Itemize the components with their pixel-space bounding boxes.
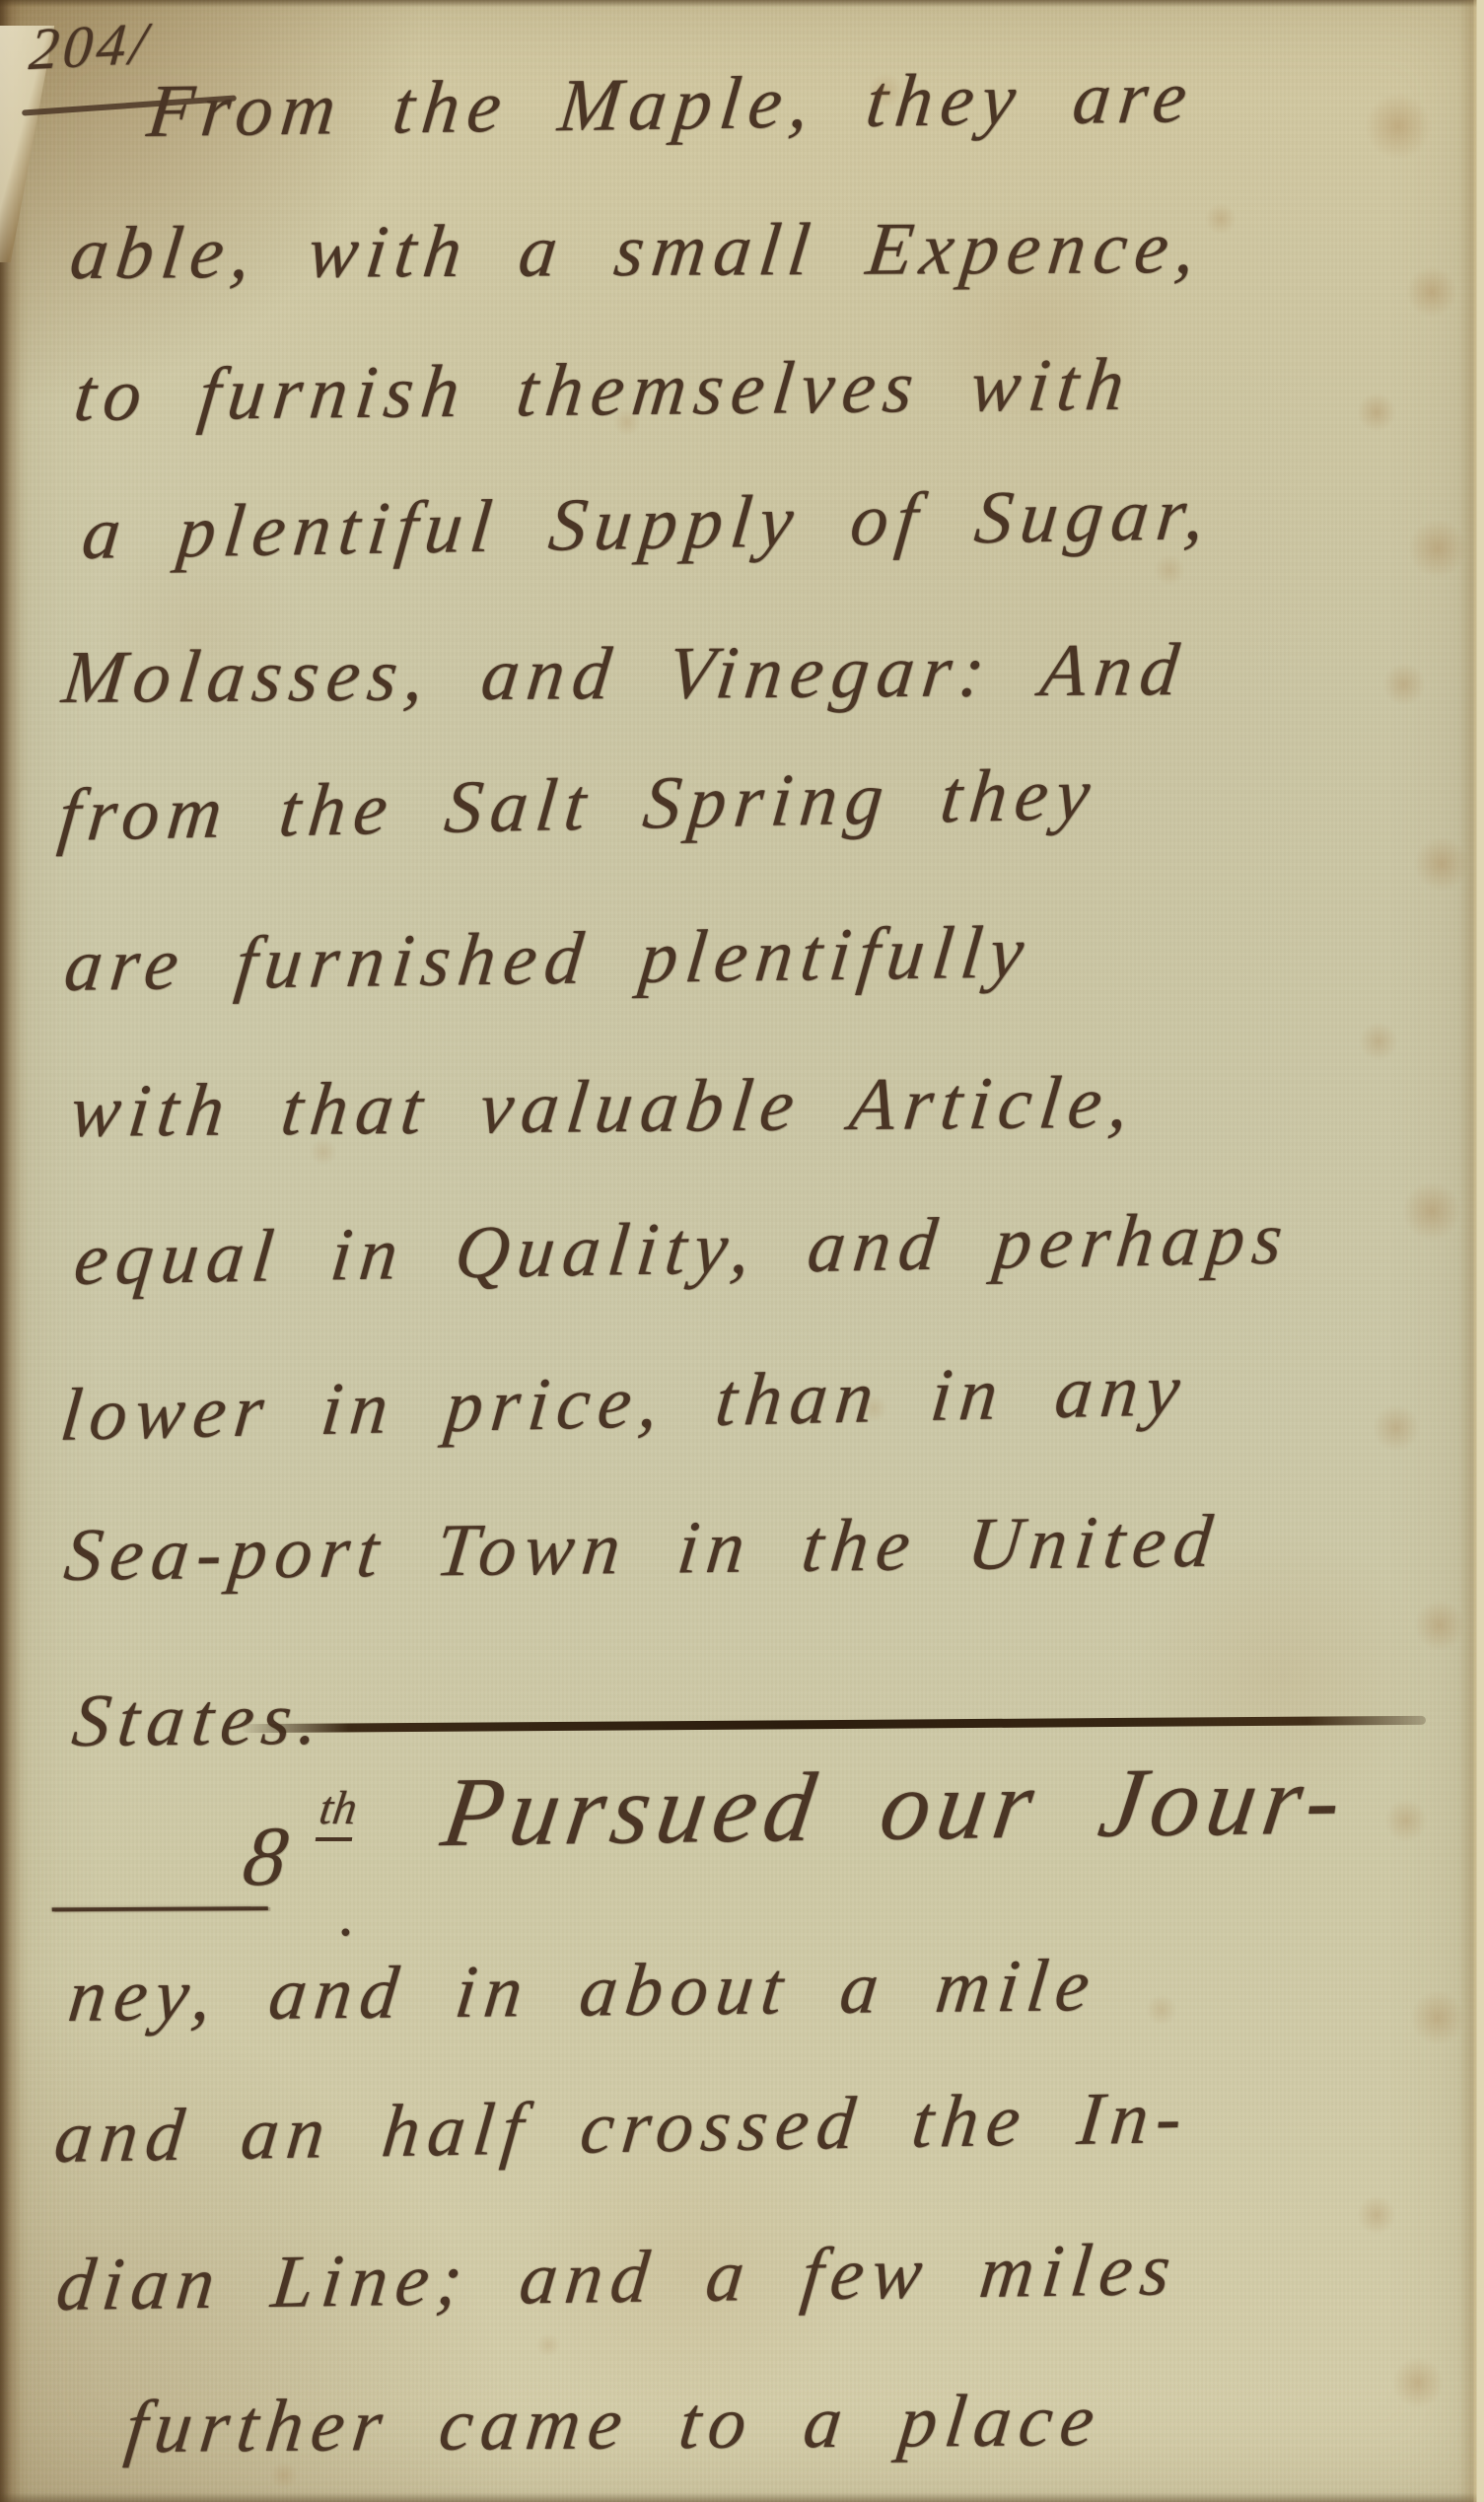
foxing-spot xyxy=(1205,203,1237,235)
manuscript-line: are furnished plentifully xyxy=(61,913,1035,1005)
manuscript-line: and an half crossed the In- xyxy=(51,2079,1193,2177)
page-top-edge xyxy=(0,0,1484,7)
foxing-spot xyxy=(1154,554,1185,586)
page-number: 204/ xyxy=(27,9,154,84)
manuscript-line: from the Salt Spring they xyxy=(55,755,1101,855)
manuscript-line: with that valuable Article, xyxy=(66,1064,1140,1152)
manuscript-line: further came to a place xyxy=(121,2382,1105,2466)
manuscript-line: From the Maple, they are xyxy=(144,58,1199,151)
foxing-spot xyxy=(1359,1022,1398,1061)
entry-dash: — xyxy=(51,1859,269,1946)
manuscript-line: ney, and in about a mile xyxy=(65,1947,1101,2036)
manuscript-line: Molasses, and Vinegar: And xyxy=(58,631,1190,717)
foxing-spot xyxy=(1406,266,1457,318)
manuscript-line: equal in Quality, and perhaps xyxy=(71,1199,1294,1299)
foxing-spot xyxy=(1392,2357,1444,2408)
foxing-spot xyxy=(1365,93,1432,160)
page-bottom-edge xyxy=(0,2492,1484,2502)
foxing-spot xyxy=(1146,1994,1177,2026)
manuscript-line: dian Line; and a few miles xyxy=(53,2231,1182,2324)
entry-ordinal: th xyxy=(316,1781,361,1841)
manuscript-line: a plentiful Supply of Sugar, xyxy=(79,475,1217,573)
foxing-spot xyxy=(1373,1404,1420,1452)
manuscript-line: Sea-port Town in the United xyxy=(61,1503,1224,1595)
manuscript-line: lower in price, than in any xyxy=(57,1351,1191,1455)
manuscript-line: able, with a small Expence, xyxy=(66,209,1207,293)
foxing-spot xyxy=(1402,1181,1461,1241)
foxing-spot xyxy=(1357,393,1396,432)
foxing-spot xyxy=(1382,663,1426,706)
manuscript-line: States. xyxy=(68,1680,330,1760)
manuscript-line: to furnish themselves with xyxy=(71,346,1136,435)
foxing-spot xyxy=(536,2333,560,2357)
section-divider-rule xyxy=(243,1716,1426,1733)
page-right-edge xyxy=(1458,0,1484,2502)
foxing-spot xyxy=(1357,2195,1396,2235)
entry-opening-words: Pursued our Jour- xyxy=(436,1743,1355,1869)
foxing-spot xyxy=(1410,1990,1465,2045)
manuscript-page: 204/ From the Maple, they are able, with… xyxy=(0,0,1484,2502)
entry-day: 8 xyxy=(238,1807,294,1905)
entry-period: . xyxy=(339,1878,355,1951)
binding-edge xyxy=(0,0,30,2502)
